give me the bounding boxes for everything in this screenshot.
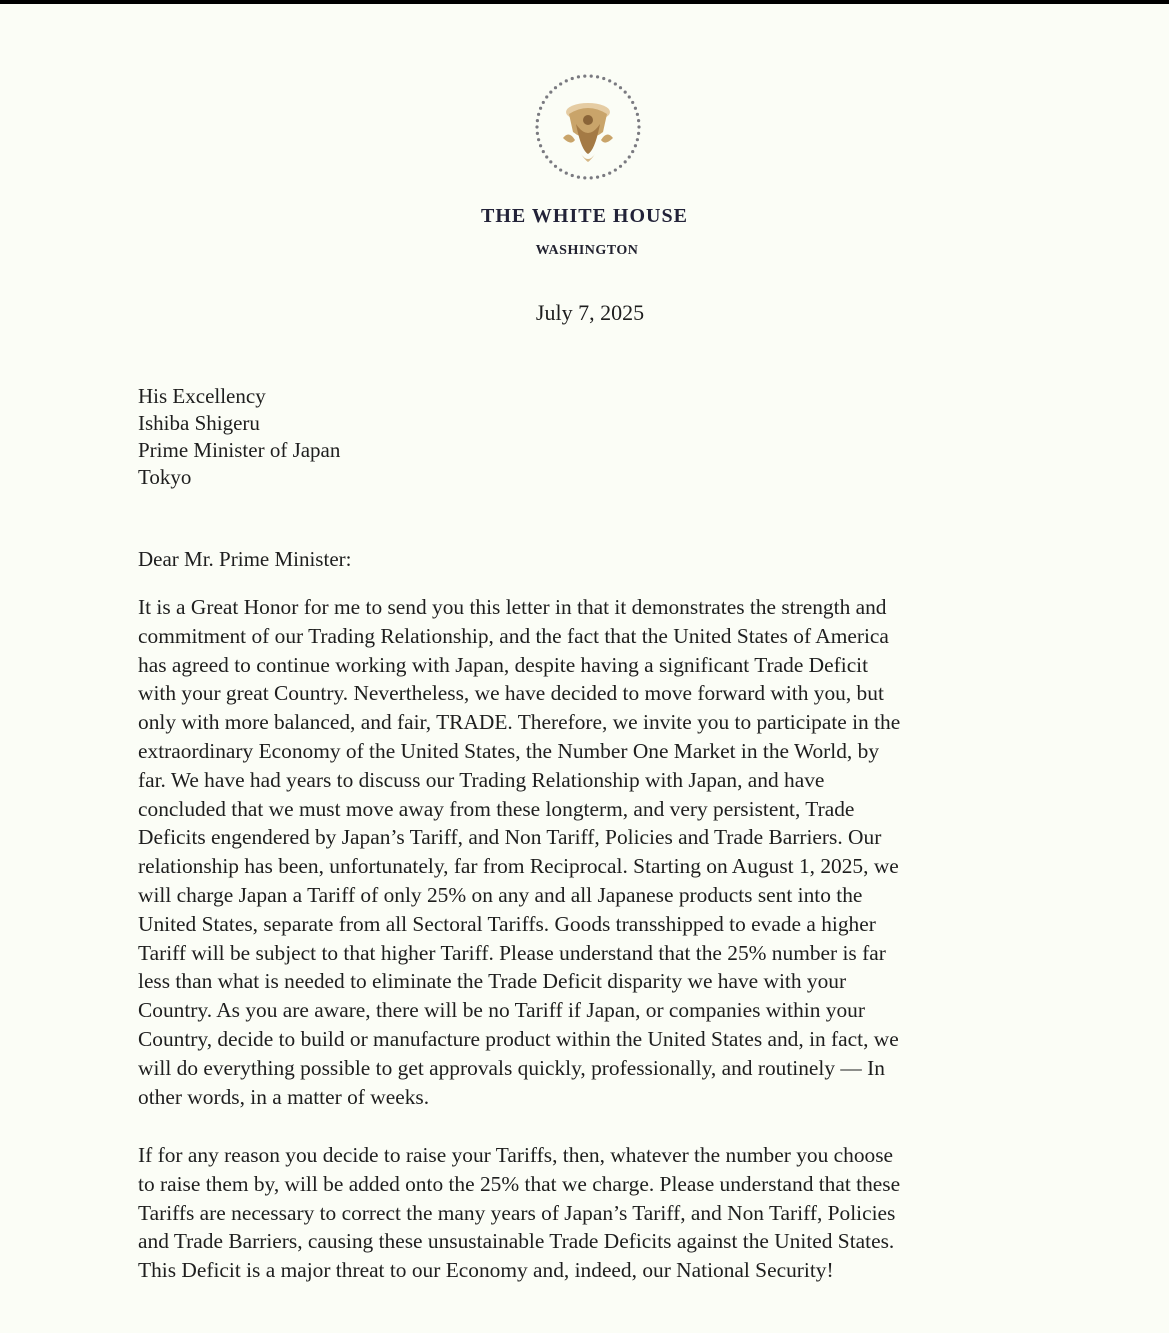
paragraph-line: and Trade Barriers, causing these unsust…	[138, 1227, 900, 1256]
paragraph-line: commitment of our Trading Relationship, …	[138, 622, 900, 651]
letter-date: July 7, 2025	[0, 300, 1169, 326]
paragraph-line: with your great Country. Nevertheless, w…	[138, 679, 900, 708]
paragraph-line: concluded that we must move away from th…	[138, 795, 900, 824]
address-line: His Excellency	[138, 383, 340, 410]
paragraph-line: other words, in a matter of weeks.	[138, 1083, 900, 1112]
letterhead-title: THE WHITE HOUSE	[0, 205, 1169, 228]
paragraph-line: to raise them by, will be added onto the…	[138, 1170, 900, 1199]
address-line: Tokyo	[138, 464, 340, 491]
paragraph-line: extraordinary Economy of the United Stat…	[138, 737, 900, 766]
recipient-address: His Excellency Ishiba Shigeru Prime Mini…	[138, 383, 340, 491]
paragraph-line: United States, separate from all Sectora…	[138, 910, 900, 939]
paragraph-line: will charge Japan a Tariff of only 25% o…	[138, 881, 900, 910]
paragraph-line: It is a Great Honor for me to send you t…	[138, 593, 900, 622]
paragraph-line: This Deficit is a major threat to our Ec…	[138, 1256, 900, 1285]
paragraph-line: Tariffs are necessary to correct the man…	[138, 1199, 900, 1228]
paragraph-line: will do everything possible to get appro…	[138, 1054, 900, 1083]
paragraph-line: far. We have had years to discuss our Tr…	[138, 766, 900, 795]
presidential-seal-icon	[533, 72, 643, 182]
paragraph-line: Deficits engendered by Japan’s Tariff, a…	[138, 823, 900, 852]
paragraph-line: Country. As you are aware, there will be…	[138, 996, 900, 1025]
paragraph-line: If for any reason you decide to raise yo…	[138, 1141, 900, 1170]
paragraph-line: less than what is needed to eliminate th…	[138, 967, 900, 996]
address-line: Ishiba Shigeru	[138, 410, 340, 437]
paragraph-line: only with more balanced, and fair, TRADE…	[138, 708, 900, 737]
paragraph-line: Country, decide to build or manufacture …	[138, 1025, 900, 1054]
salutation: Dear Mr. Prime Minister:	[138, 546, 351, 573]
paragraph-line: Tariff will be subject to that higher Ta…	[138, 939, 900, 968]
paragraph-line: has agreed to continue working with Japa…	[138, 651, 900, 680]
body-paragraph: It is a Great Honor for me to send you t…	[138, 593, 900, 1111]
body-paragraph: If for any reason you decide to raise yo…	[138, 1141, 900, 1285]
letterhead-city: WASHINGTON	[0, 243, 1169, 259]
paragraph-line: relationship has been, unfortunately, fa…	[138, 852, 900, 881]
address-line: Prime Minister of Japan	[138, 437, 340, 464]
